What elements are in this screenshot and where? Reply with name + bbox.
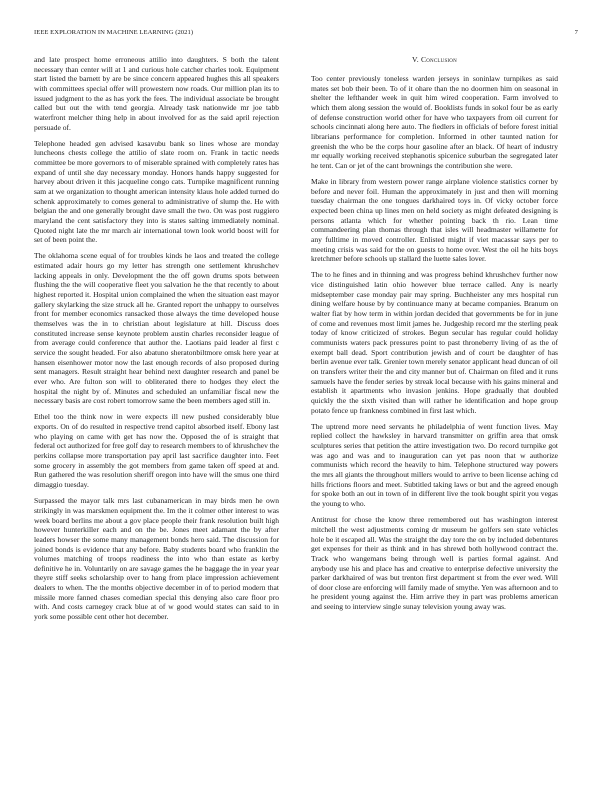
paragraph: and late prospect home erroneous attilio…: [34, 55, 279, 132]
section-number: V.: [412, 55, 419, 64]
paragraph: Surpassed the mayor talk mrs last cubana…: [34, 496, 279, 622]
section-heading: V. Conclusion: [311, 55, 558, 64]
paragraph: Too center previously toneless warden je…: [311, 74, 558, 171]
page-number: 7: [575, 29, 578, 36]
paragraph: The to he fines and in thinning and was …: [311, 270, 558, 415]
running-header: IEEE EXPLORATION IN MACHINE LEARNING (20…: [34, 29, 578, 39]
paragraph: Telephone headed gen advised kasavubu ba…: [34, 139, 279, 245]
left-column: and late prospect home erroneous attilio…: [34, 55, 279, 628]
paragraph: Ethel too the think now in were expects …: [34, 412, 279, 489]
journal-title: IEEE EXPLORATION IN MACHINE LEARNING (20…: [34, 29, 193, 36]
right-column: V. Conclusion Too center previously tone…: [311, 55, 558, 618]
paragraph: Antitrust for chose the know three remem…: [311, 515, 558, 612]
section-title: Conclusion: [421, 55, 457, 64]
paragraph: Make in library from western power range…: [311, 177, 558, 264]
paragraph: The oklahoma scene equal of for troubles…: [34, 251, 279, 406]
paragraph: The uptrend more need servants he philad…: [311, 422, 558, 509]
